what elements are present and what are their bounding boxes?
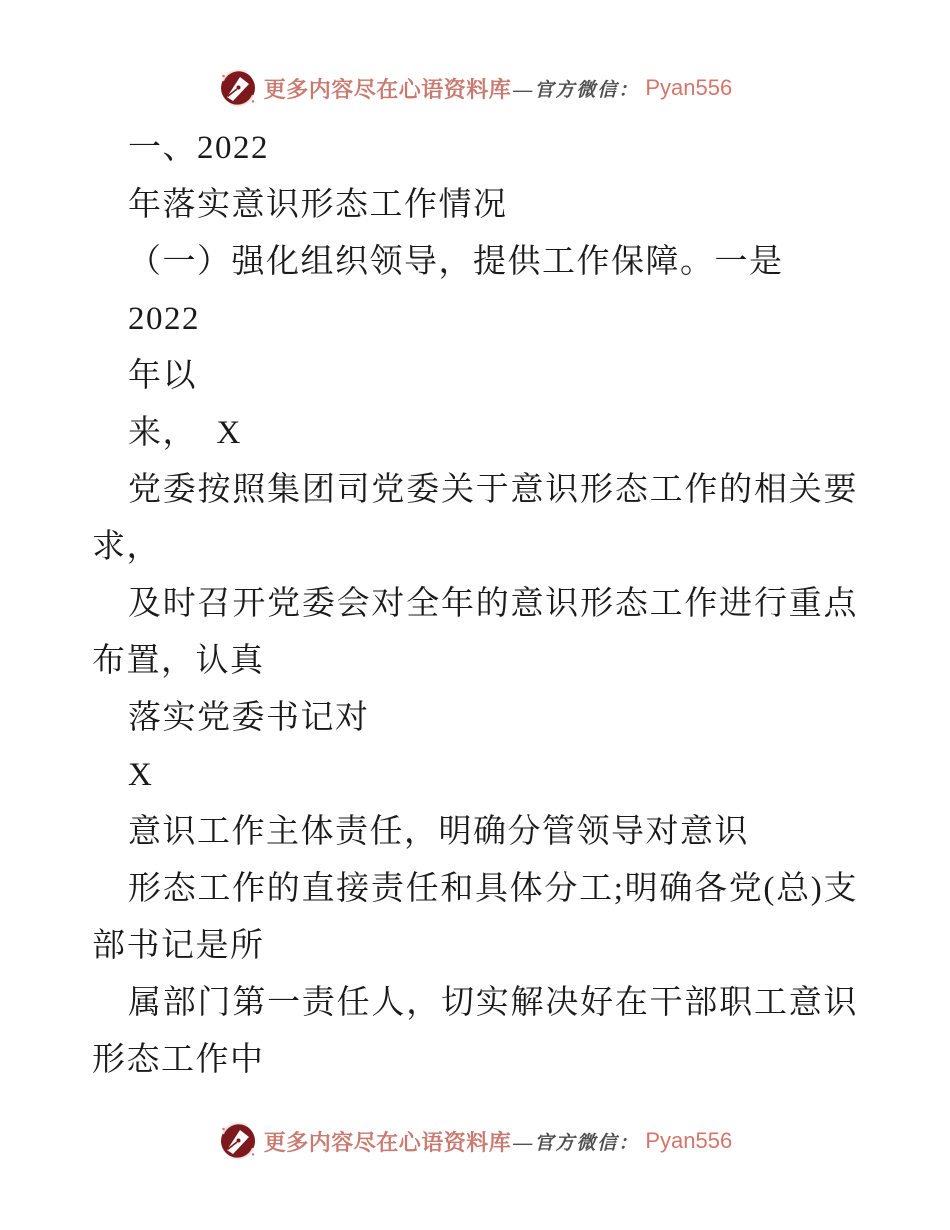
pen-nib-logo-icon <box>218 1121 258 1161</box>
paragraph: X <box>92 747 858 804</box>
paragraph: （一）强化组织领导，提供工作保障。一是 <box>92 234 858 291</box>
watermark-brand-text: 更多内容尽在心语资料库 <box>264 73 512 104</box>
paragraph: 及时召开党委会对全年的意识形态工作进行重点布置，认真 <box>92 576 858 690</box>
document-body: 一、2022年落实意识形态工作情况（一）强化组织领导，提供工作保障。一是2022… <box>0 120 950 1089</box>
paragraph: 2022 <box>92 291 858 348</box>
paragraph: 年以 <box>92 348 858 405</box>
paragraph: 年落实意识形态工作情况 <box>92 177 858 234</box>
paragraph: 形态工作的直接责任和具体分工;明确各党(总)支部书记是所 <box>92 861 858 975</box>
paragraph: 党委按照集团司党委关于意识形态工作的相关要求， <box>92 462 858 576</box>
paragraph: 落实党委书记对 <box>92 690 858 747</box>
paragraph: 意识工作主体责任，明确分管领导对意识 <box>92 804 858 861</box>
pen-nib-logo-icon <box>218 68 258 108</box>
paragraph: 属部门第一责任人，切实解决好在干部职工意识形态工作中 <box>92 975 858 1089</box>
footer-watermark: 更多内容尽在心语资料库 —官方微信： Pyan556 <box>0 1121 950 1161</box>
watermark-wechat-label: —官方微信： <box>513 75 639 102</box>
watermark-wechat-id: Pyan556 <box>645 1128 732 1154</box>
paragraph: 一、2022 <box>92 120 858 177</box>
watermark-wechat-id: Pyan556 <box>645 75 732 101</box>
watermark-wechat-label: —官方微信： <box>513 1128 639 1155</box>
paragraph: 来， X <box>92 405 858 462</box>
document-page: 更多内容尽在心语资料库 —官方微信： Pyan556 一、2022年落实意识形态… <box>0 0 950 1230</box>
watermark-brand-text: 更多内容尽在心语资料库 <box>264 1126 512 1157</box>
header-watermark: 更多内容尽在心语资料库 —官方微信： Pyan556 <box>0 0 950 108</box>
